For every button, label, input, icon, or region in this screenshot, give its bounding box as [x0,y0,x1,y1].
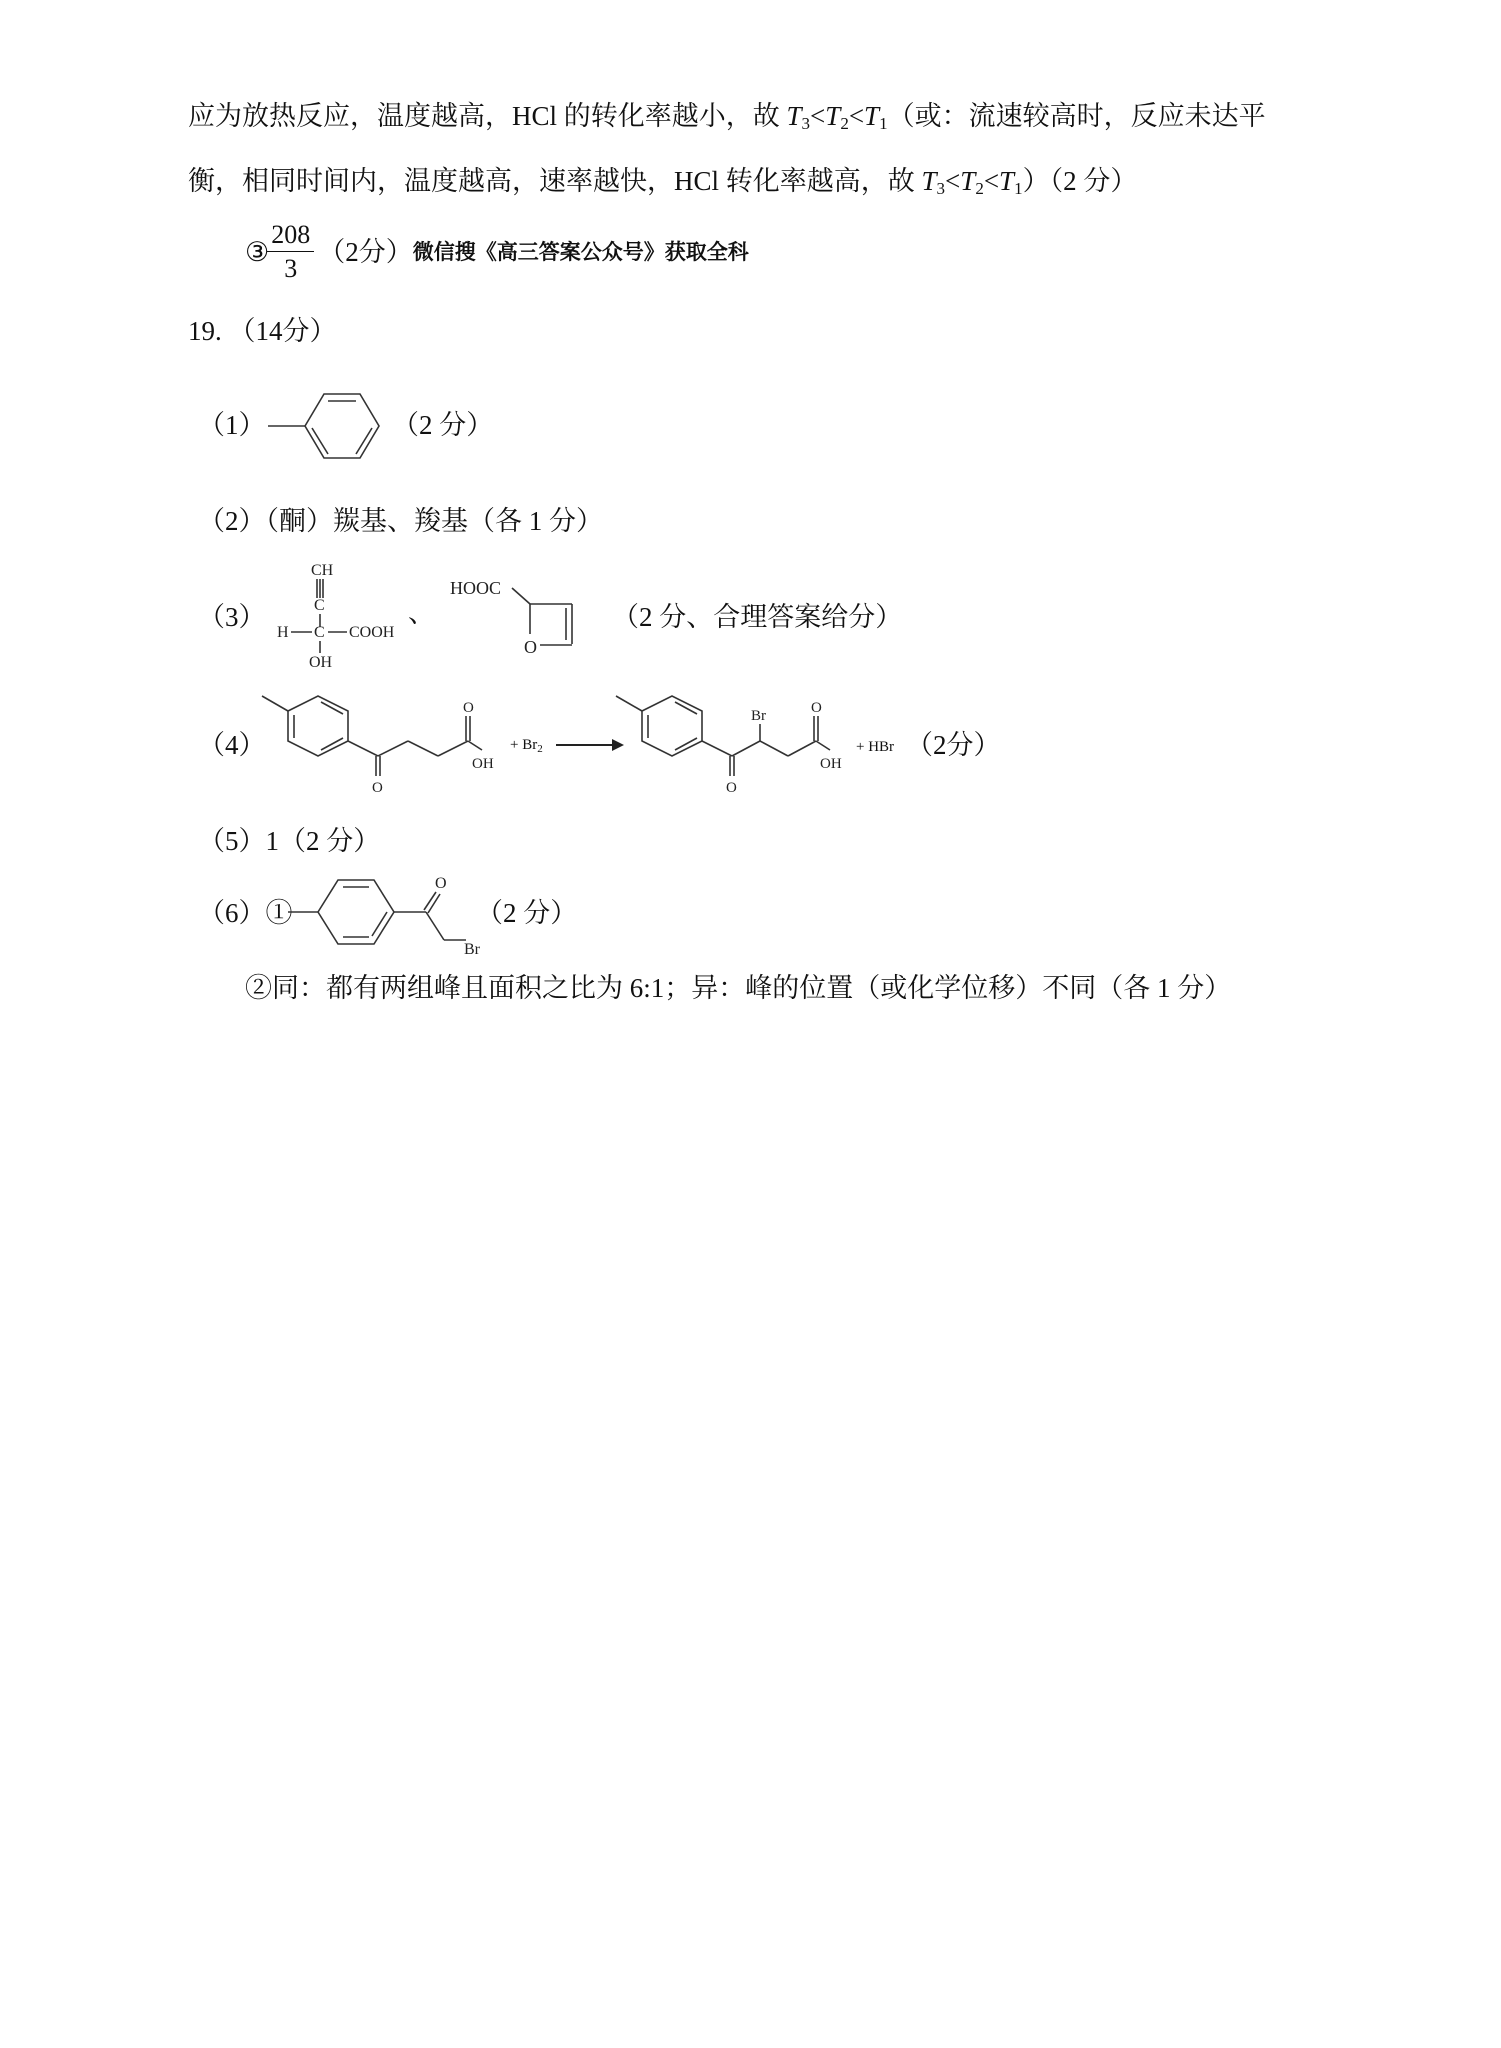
part-2-answer: （酮）羰基、羧基 [266,506,469,536]
fraction: 208 3 [267,222,314,282]
part-5-label: （5） [198,826,266,856]
watermark-ad-text: 微信搜《高三答案公众号》获取全科 [413,242,749,263]
svg-text:O: O [524,637,537,657]
toluene-structure [260,390,380,470]
structure-3b-oxetene-acid: HOOC O [450,572,590,662]
part-4-score: （2分） [906,732,1001,759]
svg-text:O: O [811,700,822,716]
svg-text:COOH: COOH [349,624,395,641]
svg-text:OH: OH [472,756,494,772]
svg-text:O: O [372,780,383,796]
reactant-structure: O O OH [258,694,498,794]
part-5-row: （5）1（2 分） [198,828,380,855]
part-4-label: （4） [198,732,266,759]
part-2-label: （2） [198,506,266,536]
svg-text:CH: CH [311,562,334,579]
part-3-separator: 、 [408,600,435,627]
circled-3: ③ [245,239,269,266]
byproduct-hbr: + HBr [856,740,894,755]
svg-text:OH: OH [820,756,842,772]
fraction-numerator: 208 [267,222,314,252]
fraction-denominator: 3 [267,252,314,282]
item3-score: （2分） [318,239,413,266]
svg-text:HOOC: HOOC [450,578,501,598]
line1-text-a: 应为放热反应，温度越高，HCl 的转化率越小，故 [188,101,787,131]
part-3-score: （2 分、合理答案给分） [612,604,902,631]
structure-3a-alkyne-hydroxy-acid: CH C H C COOH OH [275,555,405,670]
line2-text-a: 衡，相同时间内，温度越高，速率越快，HCl 转化率越高，故 [188,166,922,196]
continuation-line-1: 应为放热反应，温度越高，HCl 的转化率越小，故 T3<T2<T1（或：流速较高… [188,103,1266,132]
question-19-heading: 19. （14分） [188,318,337,345]
item-3-fraction: ③ 208 3 （2分） 微信搜《高三答案公众号》获取全科 [245,222,749,282]
svg-text:C: C [314,597,325,614]
line2-text-b: ）（2 分） [1023,166,1138,196]
part-3-label: （3） [198,604,266,631]
part-1-label: （1） [198,412,266,439]
svg-text:Br: Br [751,708,766,724]
svg-text:OH: OH [309,654,333,671]
continuation-line-2: 衡，相同时间内，温度越高，速率越快，HCl 转化率越高，故 T3<T2<T1）（… [188,168,1137,197]
part-5-answer: 1 [266,826,280,856]
part-1-score: （2 分） [392,412,493,439]
part-5-score: （2 分） [279,826,380,856]
bromoacetophenone-structure: O Br [288,872,488,962]
line1-text-b: （或：流速较高时，反应未达平 [888,101,1266,131]
reagent-br2: + Br2 [510,738,543,755]
part-6-score: （2 分） [476,900,577,927]
part-2-score: （各 1 分） [468,506,603,536]
part-6-item-2: ②同：都有两组峰且面积之比为 6:1；异：峰的位置（或化学位移）不同（各 1 分… [245,975,1231,1002]
part-6-label: （6）① [198,900,293,927]
part-2-row: （2）（酮）羰基、羧基（各 1 分） [198,508,603,535]
svg-text:O: O [435,875,447,892]
svg-text:O: O [463,700,474,716]
svg-text:Br: Br [464,941,481,958]
svg-text:H: H [277,624,289,641]
svg-text:C: C [314,624,325,641]
product-structure: O Br O OH [612,694,852,794]
svg-text:O: O [726,780,737,796]
